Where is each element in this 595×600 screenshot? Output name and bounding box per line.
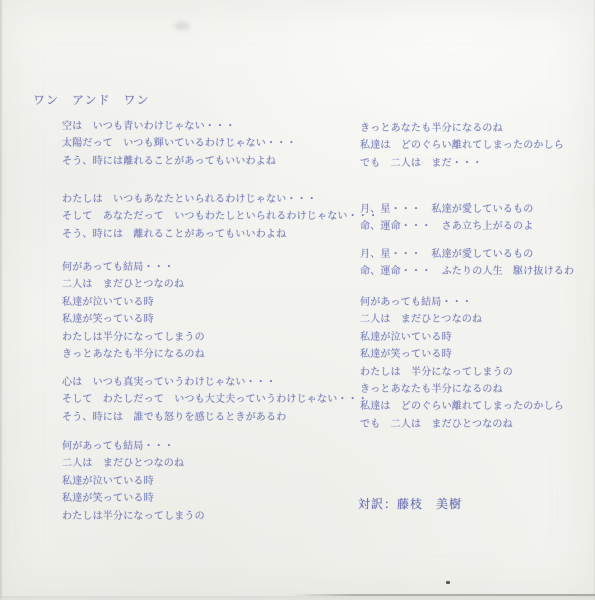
scan-speck xyxy=(446,581,450,584)
scan-edge-bottom xyxy=(0,596,595,600)
lyric-line: わたしは半分になってしまうの xyxy=(62,329,205,346)
lyric-line: 私達が泣いている時 xyxy=(360,329,564,346)
song-title: ワン アンド ワン xyxy=(33,91,150,108)
lyric-line: 私達は どのぐらい離れてしまったのかしら xyxy=(360,137,564,154)
lyric-line: 二人は まだひとつなのね xyxy=(360,311,564,328)
lyric-line: 私達が笑っている時 xyxy=(62,490,205,507)
lyric-line: 命、運命・・・ ふたりの人生 駆け抜けるわ xyxy=(360,263,574,280)
lyric-line: 命、運命・・・ さあ立ち上がるのよ xyxy=(360,218,533,235)
lyric-line: 心は いつも真実っていうわけじゃない・・・ xyxy=(62,374,368,391)
lyric-line: でも 二人は まだひとつなのね xyxy=(360,416,564,433)
lyric-stanza: 月、星・・・ 私達が愛しているもの命、運命・・・ さあ立ち上がるのよ xyxy=(360,201,533,236)
lyric-line: わたしは いつもあなたといられるわけじゃない・・・ xyxy=(62,191,378,208)
scan-smudge xyxy=(174,22,190,30)
lyric-line: きっとあなたも半分になるのね xyxy=(62,346,205,363)
lyric-stanza: 何があっても結局・・・二人は まだひとつなのね私達が泣いている時私達が笑っている… xyxy=(62,438,205,525)
lyric-stanza: 何があっても結局・・・二人は まだひとつなのね私達が泣いている時私達が笑っている… xyxy=(360,294,564,433)
lyric-line: 私達は どのぐらい離れてしまったのかしら xyxy=(360,398,564,415)
lyric-line: 私達が笑っている時 xyxy=(360,346,564,363)
lyric-line: 月、星・・・ 私達が愛しているもの xyxy=(360,246,574,263)
lyric-line: 私達が泣いている時 xyxy=(62,294,205,311)
lyric-line: そう、時には離れることがあってもいいわよね xyxy=(62,153,297,170)
lyric-line: 私達が泣いている時 xyxy=(62,473,205,490)
lyric-line: 太陽だって いつも輝いているわけじゃない・・・ xyxy=(62,135,297,152)
lyric-line: 二人は まだひとつなのね xyxy=(62,455,205,472)
lyric-line: 私達が笑っている時 xyxy=(62,311,205,328)
lyric-line: わたしは 半分になってしまうの xyxy=(360,364,564,381)
lyric-line: 何があっても結局・・・ xyxy=(360,294,564,311)
translation-credit: 対訳：藤枝 美樹 xyxy=(358,495,462,512)
lyric-line: そして あなただって いつもわたしといられるわけじゃない・・・ xyxy=(62,208,378,225)
lyric-line: でも 二人は まだ・・・ xyxy=(360,155,564,172)
scan-edge-left xyxy=(0,0,3,600)
lyric-line: 月、星・・・ 私達が愛しているもの xyxy=(360,201,533,218)
lyric-stanza: 何があっても結局・・・二人は まだひとつなのね私達が泣いている時私達が笑っている… xyxy=(62,259,205,363)
lyric-stanza: わたしは いつもあなたといられるわけじゃない・・・そして あなただって いつもわ… xyxy=(62,191,378,243)
lyric-line: きっとあなたも半分になるのね xyxy=(360,120,564,137)
lyric-line: 何があっても結局・・・ xyxy=(62,259,205,276)
lyric-stanza: 心は いつも真実っていうわけじゃない・・・そして わたしだって いつも大丈夫って… xyxy=(62,374,368,426)
lyric-line: そう、時には 離れることがあってもいいわよね xyxy=(62,226,378,243)
lyric-line: 何があっても結局・・・ xyxy=(62,438,205,455)
lyric-stanza: 月、星・・・ 私達が愛しているもの命、運命・・・ ふたりの人生 駆け抜けるわ xyxy=(360,246,574,281)
lyric-stanza: 空は いつも青いわけじゃない・・・太陽だって いつも輝いているわけじゃない・・・… xyxy=(62,118,297,170)
lyric-line: わたしは半分になってしまうの xyxy=(62,508,205,525)
lyric-line: そう、時には 誰でも怒りを感じるときがあるわ xyxy=(62,409,368,426)
lyric-stanza: きっとあなたも半分になるのね私達は どのぐらい離れてしまったのかしらでも 二人は… xyxy=(360,120,564,172)
lyric-line: そして わたしだって いつも大丈夫っていうわけじゃない・・・ xyxy=(62,391,368,408)
lyric-line: きっとあなたも半分になるのね xyxy=(360,381,564,398)
booklet-page: ワン アンド ワン 空は いつも青いわけじゃない・・・太陽だって いつも輝いてい… xyxy=(0,0,595,600)
lyric-line: 空は いつも青いわけじゃない・・・ xyxy=(62,118,297,135)
lyric-line: 二人は まだひとつなのね xyxy=(62,276,205,293)
